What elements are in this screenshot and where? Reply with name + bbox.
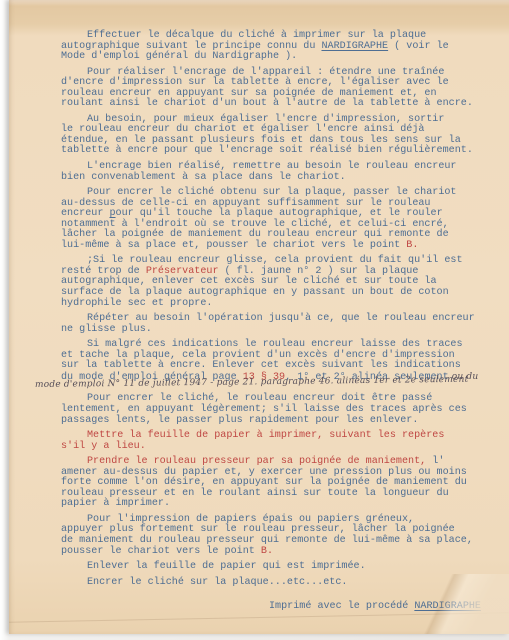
text-line: lui-même à sa place et, pousser le chari… (61, 241, 493, 252)
text-segment: Encrer le cliché sur la plaque...etc...e… (87, 577, 347, 588)
text-segment: NARDIGRAPHE (321, 41, 388, 52)
text-segment: Si malgré ces indications le rouleau enc… (87, 339, 463, 350)
text-segment: Enlever la feuille de papier qui est imp… (87, 561, 366, 572)
text-segment: de maniement du rouleau presseur qui rem… (61, 535, 473, 546)
paper-corner-fold (359, 574, 509, 634)
text-segment: our qu'il touche la plaque autographique… (116, 208, 443, 219)
text-segment: au-dessus de celle-ci en appuyant suffis… (61, 198, 431, 209)
paragraph: Effectuer le décalque du cliché à imprim… (61, 31, 493, 63)
text-line: pousser le chariot vers le point B. (61, 547, 493, 558)
paragraph: Pour encrer le cliché obtenu sur la plaq… (61, 188, 493, 251)
text-line: papier à imprimer. (61, 499, 493, 510)
text-line: bien convenablement à sa place dans le c… (61, 173, 493, 184)
paragraph: Répéter au besoin l'opération jusqu'à ce… (61, 314, 493, 335)
document-body: Effectuer le décalque du cliché à imprim… (61, 31, 493, 593)
text-segment: Effectuer le décalque du cliché à imprim… (87, 30, 426, 41)
text-segment: Pour encrer le cliché, le rouleau encreu… (87, 393, 432, 404)
text-segment: passages lents, le passer plus rapidemen… (61, 415, 418, 426)
text-line: s'il y a lieu. (61, 442, 493, 453)
text-line: roulant ainsi le chariot d'un bout à l'a… (61, 99, 493, 110)
text-segment: d'encre d'impression sur la tablette à e… (61, 77, 449, 88)
text-segment: encreur (61, 208, 109, 219)
text-line: tablette à encre pour que l'encrage soit… (61, 146, 493, 157)
paragraph: L'encrage bien réalisé, remettre au beso… (61, 162, 493, 183)
text-segment: L'encrage bien réalisé, remettre au beso… (87, 161, 457, 172)
text-segment: lui-même à sa place et, pousser le chari… (61, 240, 406, 251)
text-segment: Pour encrer le cliché obtenu sur la plaq… (87, 187, 457, 198)
text-line: ne glisse plus. (61, 325, 493, 336)
text-segment: Mettre la feuille de papier à imprimer, … (87, 430, 444, 441)
paragraph: Au besoin, pour mieux égaliser l'encre d… (61, 115, 493, 157)
paragraph: Mettre la feuille de papier à imprimer, … (61, 431, 493, 452)
text-segment: B. (406, 240, 418, 251)
text-line: sur la tablette à encre. Enlever cet exc… (61, 361, 493, 372)
text-line: hydrophile sec et propre. (61, 299, 493, 310)
text-segment: hydrophile sec et propre. (61, 298, 212, 309)
text-segment: tablette à encre pour que l'encrage soit… (61, 145, 473, 156)
text-segment: s'il y a lieu. (61, 441, 146, 452)
text-segment: B. (261, 546, 273, 557)
text-segment: Prendre le rouleau presseur par sa poign… (87, 456, 426, 467)
paragraph: Enlever la feuille de papier qui est imp… (61, 562, 493, 573)
paragraph: Pour réaliser l'encrage de l'appareil : … (61, 68, 493, 110)
paragraph: Pour l'impression de papiers épais ou pa… (61, 515, 493, 557)
text-line: Enlever la feuille de papier qui est imp… (61, 562, 493, 573)
paragraph: Pour encrer le cliché, le rouleau encreu… (61, 394, 493, 426)
paper-sheet: Effectuer le décalque du cliché à imprim… (9, 0, 509, 634)
text-segment: papier à imprimer. (61, 498, 170, 509)
text-segment: autographique suivant le principe connu … (61, 41, 321, 52)
text-segment: autographique, enlever cet excès sur le … (61, 276, 437, 287)
text-line: passages lents, le passer plus rapidemen… (61, 416, 493, 427)
text-segment: l' (426, 456, 444, 467)
text-segment: pousser le chariot vers le point (61, 546, 261, 557)
text-segment: ;Si le rouleau encreur glisse, cela prov… (87, 255, 463, 266)
text-segment: roulant ainsi le chariot d'un bout à l'a… (61, 98, 473, 109)
text-segment: ( voir le (388, 41, 449, 52)
scan-background: Effectuer le décalque du cliché à imprim… (0, 0, 509, 640)
text-segment: sur la tablette à encre. Enlever cet exc… (61, 360, 461, 371)
paragraph: Si malgré ces indications le rouleau enc… (61, 340, 493, 392)
text-segment: bien convenablement à sa place dans le c… (61, 172, 346, 183)
text-segment: Répéter au besoin l'opération jusqu'à ce… (87, 313, 475, 324)
text-segment: Pour réaliser l'encrage de l'appareil : … (87, 67, 444, 78)
text-segment: ne glisse plus. (61, 324, 152, 335)
text-segment: Mode d'emploi général du Nardigraphe ). (61, 51, 297, 62)
text-segment: forte comme l'on désire, en appuyant sur… (61, 477, 467, 488)
text-segment: lâcher la poignée de maniement du roulea… (61, 229, 449, 240)
text-segment: lentement, en appuyant légèrement; s'il … (61, 404, 467, 415)
paragraph: Prendre le rouleau presseur par sa poign… (61, 457, 493, 510)
text-segment: le rouleau encreur du chariot et égalise… (61, 124, 424, 135)
paragraph: ;Si le rouleau encreur glisse, cela prov… (61, 256, 493, 309)
text-segment: appuyer plus fortement sur le rouleau pr… (61, 524, 455, 535)
text-segment: surface de la plaque autographique en y … (61, 287, 449, 298)
text-line: Mode d'emploi général du Nardigraphe ). (61, 52, 493, 63)
